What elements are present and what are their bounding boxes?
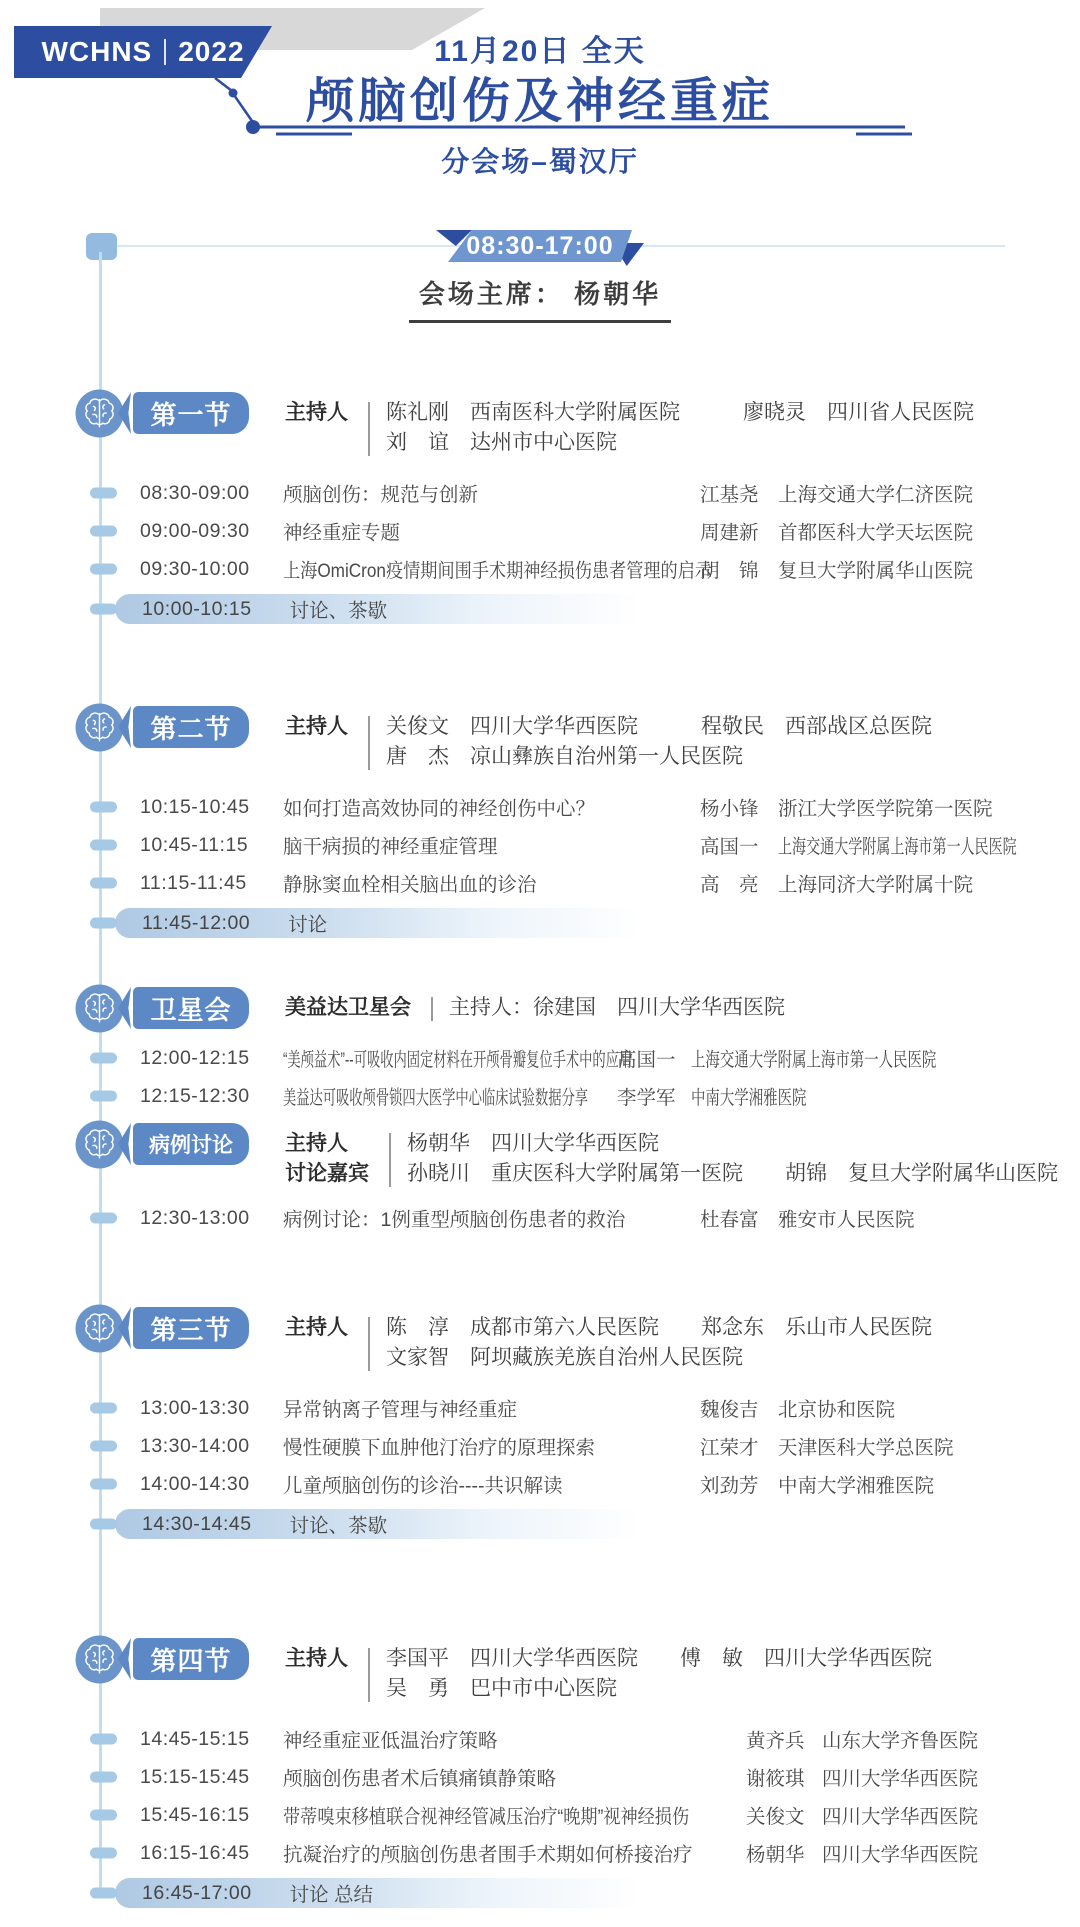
session-section-sec1: 第一节主持人陈礼刚 西南医科大学附属医院 廖晓灵 四川省人民医院刘 谊 达州市中… bbox=[0, 392, 1080, 624]
section-hosts: 主持人讨论嘉宾杨朝华 四川大学华西医院孙晓川 重庆医科大学附属第一医院 胡锦 复… bbox=[285, 1129, 1058, 1189]
item-hospital: 中南大学湘雅医院 bbox=[778, 1470, 1080, 1498]
schedule-item: 11:15-11:45静脉窦血栓相关脑出血的诊治高 亮上海同济大学附属十院 bbox=[0, 864, 1080, 902]
host-role-labels: 主持人 bbox=[285, 712, 348, 772]
session-section-sec3: 第三节主持人陈 淳 成都市第六人民医院 郑念东 乐山市人民医院文家智 阿坝藏族羌… bbox=[0, 1307, 1080, 1539]
item-hospital: 天津医科大学总医院 bbox=[778, 1432, 1080, 1460]
item-topic: 如何打造高效协同的神经创伤中心？ bbox=[283, 793, 700, 821]
item-speaker: 杜春富 bbox=[700, 1204, 778, 1232]
host-line: 唐 杰 凉山彝族自治州第一人民医院 bbox=[386, 742, 932, 772]
item-topic: 儿童颅脑创伤的诊治----共识解读 bbox=[283, 1470, 700, 1498]
item-topic: 脑干病损的神经重症管理 bbox=[283, 831, 700, 859]
brain-icon bbox=[75, 984, 124, 1033]
host-role-labels: 主持人 bbox=[285, 1644, 348, 1704]
break-item: 14:30-14:45讨论、茶歇 bbox=[115, 1509, 662, 1539]
host-role-labels: 主持人 bbox=[285, 398, 348, 458]
page-title: 颅脑创伤及神经重症 bbox=[0, 62, 1080, 131]
host-name-lines: 陈 淳 成都市第六人民医院 郑念东 乐山市人民医院文家智 阿坝藏族羌族自治州人民… bbox=[386, 1313, 932, 1373]
break-label: 讨论、茶歇 bbox=[290, 595, 388, 623]
host-name-lines: 杨朝华 四川大学华西医院孙晓川 重庆医科大学附属第一医院 胡锦 复旦大学附属华山… bbox=[407, 1129, 1058, 1189]
item-hospital: 浙江大学医学院第一医院 bbox=[778, 793, 1080, 821]
host-line: 文家智 阿坝藏族羌族自治州人民医院 bbox=[386, 1343, 932, 1373]
section-ribbon: 病例讨论 bbox=[133, 1123, 249, 1165]
schedule-item: 15:45-16:15带蒂嗅束移植联合视神经管减压治疗“晚期”视神经损伤关俊文四… bbox=[0, 1796, 1080, 1834]
schedule-item: 13:00-13:30异常钠离子管理与神经重症魏俊吉北京协和医院 bbox=[0, 1389, 1080, 1427]
brain-icon bbox=[75, 703, 124, 752]
item-speaker: 魏俊吉 bbox=[700, 1394, 778, 1422]
item-speaker: 李学军 bbox=[617, 1082, 691, 1110]
section-label: 第四节 bbox=[150, 1641, 231, 1678]
schedule-item: 14:00-14:30儿童颅脑创伤的诊治----共识解读刘劲芳中南大学湘雅医院 bbox=[0, 1465, 1080, 1503]
session-section-sec4: 第四节主持人李国平 四川大学华西医院 傅 敏 四川大学华西医院吴 勇 巴中市中心… bbox=[0, 1638, 1080, 1908]
program-poster: WCHNS 2022 11月20日 全天 颅脑创伤及神经重症 分会场–蜀汉厅 0… bbox=[0, 0, 1080, 1927]
item-time: 13:30-14:00 bbox=[140, 1435, 283, 1458]
item-time: 09:00-09:30 bbox=[140, 520, 283, 543]
item-speaker: 高国一 bbox=[700, 831, 778, 859]
item-speaker: 杨朝华 bbox=[746, 1839, 822, 1867]
item-topic: 美益达可吸收颅骨锁四大医学中心临床试验数据分享 bbox=[283, 1082, 510, 1110]
break-label: 讨论、茶歇 bbox=[290, 1510, 388, 1538]
host-role-labels: 主持人讨论嘉宾 bbox=[285, 1129, 369, 1189]
item-topic: 静脉窦血栓相关脑出血的诊治 bbox=[283, 869, 700, 897]
section-rows: 13:00-13:30异常钠离子管理与神经重症魏俊吉北京协和医院13:30-14… bbox=[0, 1389, 1080, 1539]
host-line: 吴 勇 巴中市中心医院 bbox=[386, 1674, 932, 1704]
item-topic: 上海OmiCron疫情期间围手术期神经损伤患者管理的启示 bbox=[283, 555, 650, 583]
session-section-case: 病例讨论主持人讨论嘉宾杨朝华 四川大学华西医院孙晓川 重庆医科大学附属第一医院 … bbox=[0, 1123, 1080, 1237]
item-topic: “美颅益术”--可吸收内固定材料在开颅骨瓣复位手术中的应用 bbox=[283, 1044, 510, 1072]
brain-icon bbox=[75, 389, 124, 438]
session-section-sec2: 第二节主持人关俊文 四川大学华西医院 程敬民 西部战区总医院唐 杰 凉山彝族自治… bbox=[0, 706, 1080, 938]
item-hospital: 上海交通大学附属上海市第一人民医院 bbox=[778, 831, 1017, 859]
item-speaker: 江荣才 bbox=[700, 1432, 778, 1460]
host-divider bbox=[368, 1317, 370, 1371]
item-topic: 慢性硬膜下血肿他汀治疗的原理探索 bbox=[283, 1432, 700, 1460]
host-line: 陈礼刚 西南医科大学附属医院 廖晓灵 四川省人民医院 bbox=[386, 398, 974, 428]
break-label: 讨论 总结 bbox=[290, 1879, 373, 1907]
section-label: 第三节 bbox=[150, 1310, 231, 1347]
schedule-item: 12:00-12:15“美颅益术”--可吸收内固定材料在开颅骨瓣复位手术中的应用… bbox=[0, 1039, 1080, 1077]
section-ribbon: 第二节 bbox=[133, 706, 249, 748]
break-time: 10:00-10:15 bbox=[142, 598, 252, 621]
break-time: 14:30-14:45 bbox=[142, 1513, 252, 1536]
section-rows: 14:45-15:15神经重症亚低温治疗策略黄齐兵山东大学齐鲁医院15:15-1… bbox=[0, 1720, 1080, 1908]
item-topic: 带蒂嗅束移植联合视神经管减压治疗“晚期”视神经损伤 bbox=[283, 1801, 690, 1829]
section-header: 卫星会美益达卫星会主持人：徐建国 四川大学华西医院 bbox=[0, 987, 1080, 1029]
host-name-lines: 主持人：徐建国 四川大学华西医院 bbox=[449, 993, 785, 1023]
section-rows: 12:00-12:15“美颅益术”--可吸收内固定材料在开颅骨瓣复位手术中的应用… bbox=[0, 1039, 1080, 1115]
item-hospital: 上海交通大学附属上海市第一人民医院 bbox=[691, 1044, 979, 1072]
schedule-item: 12:30-13:00病例讨论：1例重型颅脑创伤患者的救治杜春富雅安市人民医院 bbox=[0, 1199, 1080, 1237]
item-time: 16:15-16:45 bbox=[140, 1842, 283, 1865]
section-rows: 08:30-09:00颅脑创伤：规范与创新江基尧上海交通大学仁济医院09:00-… bbox=[0, 474, 1080, 624]
item-time: 14:45-15:15 bbox=[140, 1728, 283, 1751]
section-label: 病例讨论 bbox=[149, 1129, 233, 1159]
brain-icon bbox=[75, 1304, 124, 1353]
item-time: 15:45-16:15 bbox=[140, 1804, 283, 1827]
section-label: 第二节 bbox=[150, 709, 231, 746]
section-ribbon: 第四节 bbox=[133, 1638, 249, 1680]
item-hospital: 上海交通大学仁济医院 bbox=[778, 479, 1080, 507]
host-line: 杨朝华 四川大学华西医院 bbox=[407, 1129, 1058, 1159]
venue-chair-line: 会场主席： 杨朝华 bbox=[0, 274, 1080, 323]
host-line: 主持人：徐建国 四川大学华西医院 bbox=[449, 993, 785, 1023]
section-hosts: 美益达卫星会主持人：徐建国 四川大学华西医院 bbox=[285, 993, 785, 1023]
item-hospital: 首都医科大学天坛医院 bbox=[778, 517, 1080, 545]
item-time: 12:15-12:30 bbox=[140, 1085, 283, 1108]
host-line: 孙晓川 重庆医科大学附属第一医院 胡锦 复旦大学附属华山医院 bbox=[407, 1159, 1058, 1189]
venue-subtitle: 分会场–蜀汉厅 bbox=[0, 140, 1080, 180]
host-role-label: 主持人 bbox=[285, 712, 348, 742]
host-line: 关俊文 四川大学华西医院 程敬民 西部战区总医院 bbox=[386, 712, 932, 742]
host-divider bbox=[368, 402, 370, 456]
item-speaker: 杨小锋 bbox=[700, 793, 778, 821]
host-line: 刘 谊 达州市中心医院 bbox=[386, 428, 974, 458]
host-role-label: 美益达卫星会 bbox=[285, 993, 411, 1023]
host-name-lines: 陈礼刚 西南医科大学附属医院 廖晓灵 四川省人民医院刘 谊 达州市中心医院 bbox=[386, 398, 974, 458]
item-topic: 颅脑创伤患者术后镇痛镇静策略 bbox=[283, 1763, 746, 1791]
host-divider bbox=[368, 1648, 370, 1702]
section-rows: 12:30-13:00病例讨论：1例重型颅脑创伤患者的救治杜春富雅安市人民医院 bbox=[0, 1199, 1080, 1237]
item-topic: 神经重症亚低温治疗策略 bbox=[283, 1725, 746, 1753]
time-range-text: 08:30-17:00 bbox=[466, 232, 613, 261]
break-label: 讨论 bbox=[288, 909, 327, 937]
schedule-item: 14:45-15:15神经重症亚低温治疗策略黄齐兵山东大学齐鲁医院 bbox=[0, 1720, 1080, 1758]
break-item: 10:00-10:15讨论、茶歇 bbox=[115, 594, 662, 624]
item-speaker: 刘劲芳 bbox=[700, 1470, 778, 1498]
section-ribbon: 第三节 bbox=[133, 1307, 249, 1349]
section-header: 第四节主持人李国平 四川大学华西医院 傅 敏 四川大学华西医院吴 勇 巴中市中心… bbox=[0, 1638, 1080, 1704]
host-line: 李国平 四川大学华西医院 傅 敏 四川大学华西医院 bbox=[386, 1644, 932, 1674]
item-topic: 抗凝治疗的颅脑创伤患者围手术期如何桥接治疗 bbox=[283, 1839, 746, 1867]
item-time: 11:15-11:45 bbox=[140, 872, 283, 895]
section-header: 病例讨论主持人讨论嘉宾杨朝华 四川大学华西医院孙晓川 重庆医科大学附属第一医院 … bbox=[0, 1123, 1080, 1189]
brain-icon bbox=[75, 1635, 124, 1684]
schedule-item: 10:45-11:15脑干病损的神经重症管理高国一上海交通大学附属上海市第一人民… bbox=[0, 826, 1080, 864]
break-item: 11:45-12:00讨论 bbox=[115, 908, 662, 938]
section-label: 卫星会 bbox=[150, 990, 231, 1027]
brain-icon bbox=[75, 1120, 124, 1169]
item-hospital: 中南大学湘雅医院 bbox=[691, 1082, 979, 1110]
schedule-item: 09:30-10:00上海OmiCron疫情期间围手术期神经损伤患者管理的启示胡… bbox=[0, 550, 1080, 588]
schedule-item: 16:15-16:45抗凝治疗的颅脑创伤患者围手术期如何桥接治疗杨朝华四川大学华… bbox=[0, 1834, 1080, 1872]
section-hosts: 主持人陈礼刚 西南医科大学附属医院 廖晓灵 四川省人民医院刘 谊 达州市中心医院 bbox=[285, 398, 974, 458]
section-ribbon: 卫星会 bbox=[133, 987, 249, 1029]
host-line: 陈 淳 成都市第六人民医院 郑念东 乐山市人民医院 bbox=[386, 1313, 932, 1343]
item-speaker: 谢筱琪 bbox=[746, 1763, 822, 1791]
section-header: 第三节主持人陈 淳 成都市第六人民医院 郑念东 乐山市人民医院文家智 阿坝藏族羌… bbox=[0, 1307, 1080, 1373]
section-header: 第二节主持人关俊文 四川大学华西医院 程敬民 西部战区总医院唐 杰 凉山彝族自治… bbox=[0, 706, 1080, 772]
break-item: 16:45-17:00讨论 总结 bbox=[115, 1878, 662, 1908]
item-time: 14:00-14:30 bbox=[140, 1473, 283, 1496]
item-hospital: 上海同济大学附属十院 bbox=[778, 869, 1080, 897]
item-speaker: 高 亮 bbox=[700, 869, 778, 897]
item-hospital: 四川大学华西医院 bbox=[822, 1763, 1080, 1791]
host-name-lines: 李国平 四川大学华西医院 傅 敏 四川大学华西医院吴 勇 巴中市中心医院 bbox=[386, 1644, 932, 1704]
schedule-item: 15:15-15:45颅脑创伤患者术后镇痛镇静策略谢筱琪四川大学华西医院 bbox=[0, 1758, 1080, 1796]
item-time: 08:30-09:00 bbox=[140, 482, 283, 505]
item-topic: 神经重症专题 bbox=[283, 517, 700, 545]
item-speaker: 黄齐兵 bbox=[746, 1725, 822, 1753]
item-time: 09:30-10:00 bbox=[140, 558, 283, 581]
schedule-item: 13:30-14:00慢性硬膜下血肿他汀治疗的原理探索江荣才天津医科大学总医院 bbox=[0, 1427, 1080, 1465]
host-divider bbox=[368, 716, 370, 770]
host-name-lines: 关俊文 四川大学华西医院 程敬民 西部战区总医院唐 杰 凉山彝族自治州第一人民医… bbox=[386, 712, 932, 772]
item-hospital: 山东大学齐鲁医院 bbox=[822, 1725, 1080, 1753]
item-time: 15:15-15:45 bbox=[140, 1766, 283, 1789]
schedule-item: 12:15-12:30美益达可吸收颅骨锁四大医学中心临床试验数据分享李学军中南大… bbox=[0, 1077, 1080, 1115]
section-hosts: 主持人关俊文 四川大学华西医院 程敬民 西部战区总医院唐 杰 凉山彝族自治州第一… bbox=[285, 712, 932, 772]
section-label: 第一节 bbox=[150, 395, 231, 432]
item-topic: 异常钠离子管理与神经重症 bbox=[283, 1394, 700, 1422]
host-role-label: 主持人 bbox=[285, 1313, 348, 1343]
item-speaker: 关俊文 bbox=[746, 1801, 822, 1829]
item-speaker: 江基尧 bbox=[700, 479, 778, 507]
item-hospital: 四川大学华西医院 bbox=[822, 1839, 1080, 1867]
host-role-labels: 美益达卫星会 bbox=[285, 993, 411, 1023]
item-hospital: 复旦大学附属华山医院 bbox=[778, 555, 1080, 583]
host-role-label: 讨论嘉宾 bbox=[285, 1159, 369, 1189]
item-topic: 颅脑创伤：规范与创新 bbox=[283, 479, 700, 507]
section-hosts: 主持人陈 淳 成都市第六人民医院 郑念东 乐山市人民医院文家智 阿坝藏族羌族自治… bbox=[285, 1313, 932, 1373]
section-rows: 10:15-10:45如何打造高效协同的神经创伤中心？杨小锋浙江大学医学院第一医… bbox=[0, 788, 1080, 938]
break-time: 16:45-17:00 bbox=[142, 1882, 252, 1905]
item-time: 12:30-13:00 bbox=[140, 1207, 283, 1230]
section-ribbon: 第一节 bbox=[133, 392, 249, 434]
host-role-label: 主持人 bbox=[285, 1644, 348, 1674]
venue-chair-text: 会场主席： 杨朝华 bbox=[409, 274, 671, 323]
item-hospital: 四川大学华西医院 bbox=[822, 1801, 1080, 1829]
schedule-item: 09:00-09:30神经重症专题周建新首都医科大学天坛医院 bbox=[0, 512, 1080, 550]
schedule-item: 08:30-09:00颅脑创伤：规范与创新江基尧上海交通大学仁济医院 bbox=[0, 474, 1080, 512]
host-role-labels: 主持人 bbox=[285, 1313, 348, 1373]
schedule-timeline: 第一节主持人陈礼刚 西南医科大学附属医院 廖晓灵 四川省人民医院刘 谊 达州市中… bbox=[0, 340, 1080, 1908]
host-role-label: 主持人 bbox=[285, 398, 348, 428]
host-divider bbox=[389, 1133, 391, 1187]
item-time: 13:00-13:30 bbox=[140, 1397, 283, 1420]
item-time: 10:45-11:15 bbox=[140, 834, 283, 857]
item-speaker: 周建新 bbox=[700, 517, 778, 545]
schedule-item: 10:15-10:45如何打造高效协同的神经创伤中心？杨小锋浙江大学医学院第一医… bbox=[0, 788, 1080, 826]
item-hospital: 北京协和医院 bbox=[778, 1394, 1080, 1422]
session-section-sat: 卫星会美益达卫星会主持人：徐建国 四川大学华西医院12:00-12:15“美颅益… bbox=[0, 987, 1080, 1115]
host-role-label: 主持人 bbox=[285, 1129, 369, 1159]
item-time: 12:00-12:15 bbox=[140, 1047, 283, 1070]
item-time: 10:15-10:45 bbox=[140, 796, 283, 819]
time-range-badge: 08:30-17:00 bbox=[448, 230, 632, 262]
section-header: 第一节主持人陈礼刚 西南医科大学附属医院 廖晓灵 四川省人民医院刘 谊 达州市中… bbox=[0, 392, 1080, 458]
break-time: 11:45-12:00 bbox=[142, 912, 250, 935]
item-topic: 病例讨论：1例重型颅脑创伤患者的救治 bbox=[283, 1204, 700, 1232]
section-hosts: 主持人李国平 四川大学华西医院 傅 敏 四川大学华西医院吴 勇 巴中市中心医院 bbox=[285, 1644, 932, 1704]
item-hospital: 雅安市人民医院 bbox=[778, 1204, 1080, 1232]
host-divider bbox=[431, 997, 433, 1021]
